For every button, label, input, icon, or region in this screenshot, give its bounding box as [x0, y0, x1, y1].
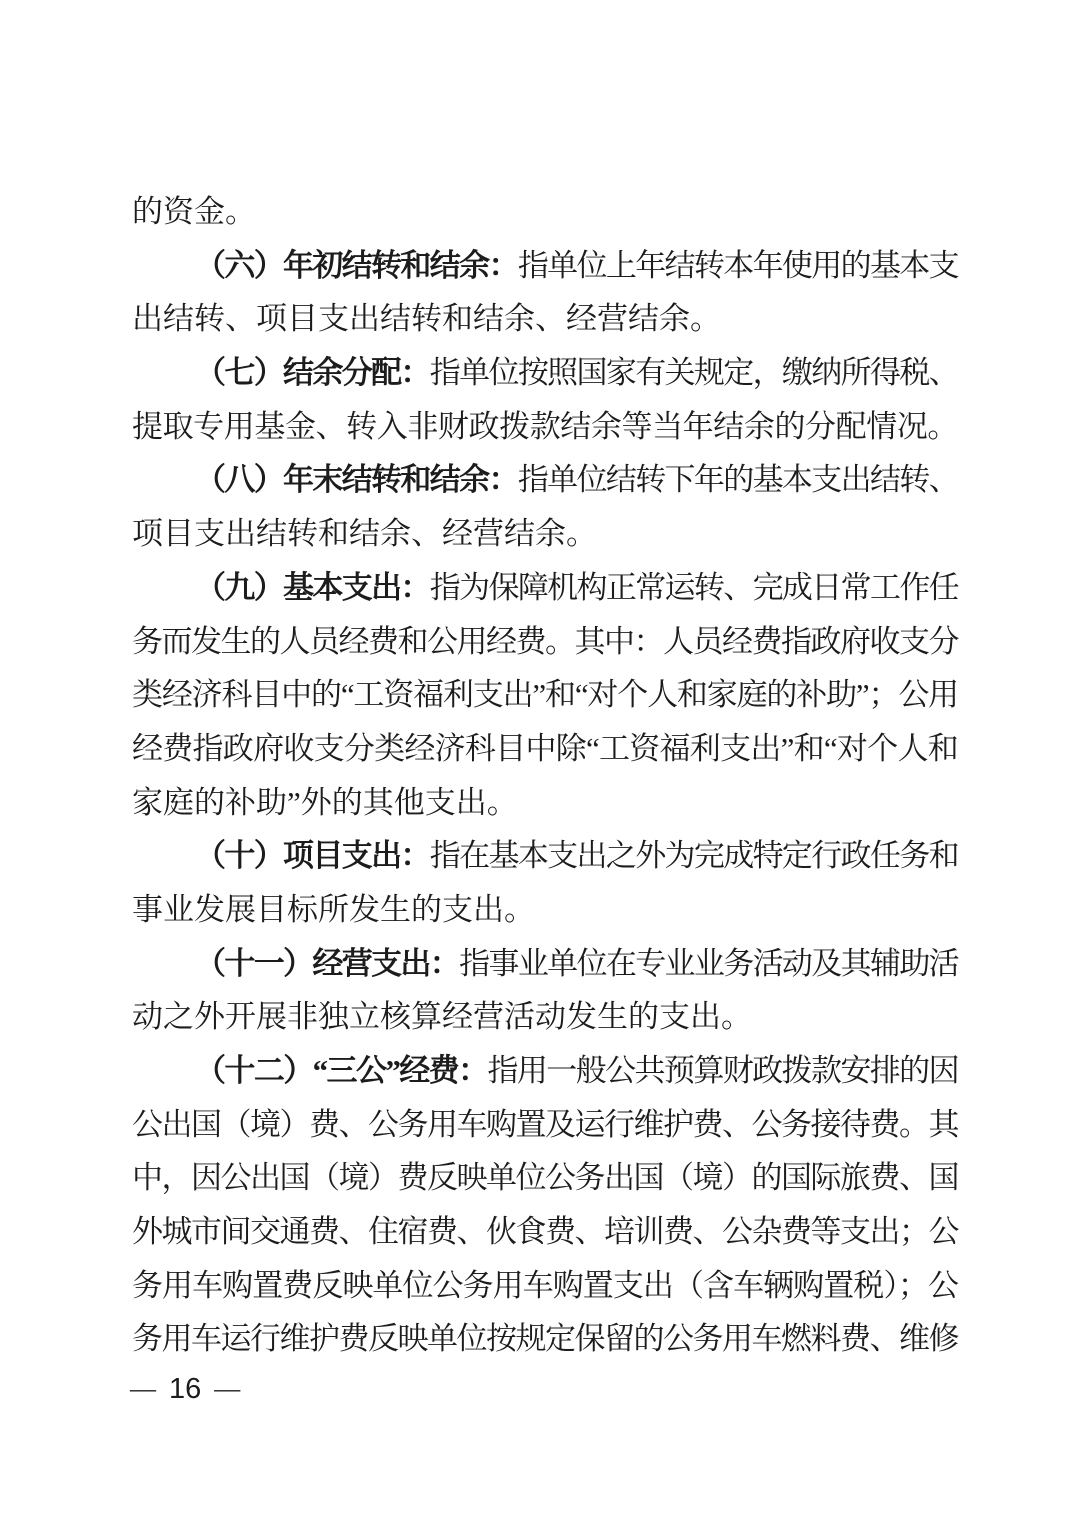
body-text-segment: 指单位按照国家有关规定，缴纳所得税、: [430, 355, 958, 390]
text-line: 务用车购置费反映单位公务用车购置支出（含车辆购置税）；公: [132, 1259, 958, 1313]
text-line: （八）年末结转和结余：指单位结转下年的基本支出结转、: [132, 453, 958, 507]
item-heading-segment: （九）基本支出：: [195, 570, 430, 605]
body-text-segment: 外城市间交通费、住宿费、伙食费、培训费、公杂费等支出；公: [132, 1214, 958, 1249]
body-text-segment: 出结转、项目支出结转和结余、经营结余。: [132, 301, 721, 336]
body-text-segment: 动之外开展非独立核算经营活动发生的支出。: [132, 999, 752, 1034]
text-line-content: （八）年末结转和结余：指单位结转下年的基本支出结转、: [195, 462, 958, 497]
body-text-segment: 的资金。: [132, 194, 256, 229]
body-text-segment: 事业发展目标所发生的支出。: [132, 892, 535, 927]
text-line: 务而发生的人员经费和公用经费。其中：人员经费指政府收支分: [132, 615, 958, 669]
body-text-segment: 类经济科目中的“工资福利支出”和“对个人和家庭的补助”；公用: [132, 677, 958, 712]
text-line: 事业发展目标所发生的支出。: [132, 883, 958, 937]
text-line-content: （七）结余分配：指单位按照国家有关规定，缴纳所得税、: [195, 355, 958, 390]
text-line-content: 经费指政府收支分类经济科目中除“工资福利支出”和“对个人和: [132, 731, 958, 766]
body-text-segment: 指事业单位在专业业务活动及其辅助活: [459, 946, 958, 981]
text-line-content: 家庭的补助”外的其他支出。: [132, 785, 518, 820]
body-text-segment: 中，因公出国（境）费反映单位公务出国（境）的国际旅费、国: [132, 1160, 958, 1195]
item-heading-segment: （十）项目支出：: [195, 838, 430, 873]
body-text-segment: 务而发生的人员经费和公用经费。其中：人员经费指政府收支分: [132, 624, 958, 659]
text-line-content: 出结转、项目支出结转和结余、经营结余。: [132, 301, 721, 336]
text-line: 中，因公出国（境）费反映单位公务出国（境）的国际旅费、国: [132, 1151, 958, 1205]
text-line-content: 务用车运行维护费反映单位按规定保留的公务用车燃料费、维修: [132, 1321, 958, 1356]
body-text-segment: 指用一般公共预算财政拨款安排的因: [487, 1053, 958, 1088]
body-text-segment: 务用车购置费反映单位公务用车购置支出（含车辆购置税）；公: [132, 1268, 958, 1303]
text-line: 类经济科目中的“工资福利支出”和“对个人和家庭的补助”；公用: [132, 668, 958, 722]
body-text-segment: 经费指政府收支分类经济科目中除“工资福利支出”和“对个人和: [132, 731, 958, 766]
item-heading-segment: （六）年初结转和结余：: [195, 248, 518, 283]
body-text-segment: 指为保障机构正常运转、完成日常工作任: [430, 570, 958, 605]
body-text-segment: 公出国（境）费、公务用车购置及运行维护费、公务接待费。其: [132, 1107, 958, 1142]
text-line: 项目支出结转和结余、经营结余。: [132, 507, 958, 561]
text-line: 家庭的补助”外的其他支出。: [132, 776, 958, 830]
text-line: 外城市间交通费、住宿费、伙食费、培训费、公杂费等支出；公: [132, 1205, 958, 1259]
text-line-content: 提取专用基金、转入非财政拨款结余等当年结余的分配情况。: [132, 409, 958, 444]
text-line-content: 事业发展目标所发生的支出。: [132, 892, 535, 927]
body-text-segment: 提取专用基金、转入非财政拨款结余等当年结余的分配情况。: [132, 409, 958, 444]
text-line-content: 项目支出结转和结余、经营结余。: [132, 516, 597, 551]
text-line-content: 务而发生的人员经费和公用经费。其中：人员经费指政府收支分: [132, 624, 958, 659]
text-line: 动之外开展非独立核算经营活动发生的支出。: [132, 990, 958, 1044]
footer-dash-right: —: [214, 1374, 240, 1404]
body-text-segment: 家庭的补助”外的其他支出。: [132, 785, 518, 820]
page-number: 16: [169, 1375, 201, 1404]
body-text-segment: 指单位结转下年的基本支出结转、: [518, 462, 958, 497]
text-line-content: 外城市间交通费、住宿费、伙食费、培训费、公杂费等支出；公: [132, 1214, 958, 1249]
text-line-content: 的资金。: [132, 194, 256, 229]
text-line: 经费指政府收支分类经济科目中除“工资福利支出”和“对个人和: [132, 722, 958, 776]
text-line: （十）项目支出：指在基本支出之外为完成特定行政任务和: [132, 829, 958, 883]
body-text-segment: 指在基本支出之外为完成特定行政任务和: [430, 838, 958, 873]
item-heading-segment: （十二）“三公”经费：: [195, 1053, 487, 1088]
text-line-content: （十一）经营支出：指事业单位在专业业务活动及其辅助活: [195, 946, 958, 981]
body-text-segment: 指单位上年结转本年使用的基本支: [518, 248, 958, 283]
item-heading-segment: （八）年末结转和结余：: [195, 462, 518, 497]
text-line: （六）年初结转和结余：指单位上年结转本年使用的基本支: [132, 239, 958, 293]
text-line: （十一）经营支出：指事业单位在专业业务活动及其辅助活: [132, 937, 958, 991]
text-line: 公出国（境）费、公务用车购置及运行维护费、公务接待费。其: [132, 1098, 958, 1152]
text-line: （七）结余分配：指单位按照国家有关规定，缴纳所得税、: [132, 346, 958, 400]
text-line: 务用车运行维护费反映单位按规定保留的公务用车燃料费、维修: [132, 1312, 958, 1366]
text-line-content: 动之外开展非独立核算经营活动发生的支出。: [132, 999, 752, 1034]
text-line-content: 中，因公出国（境）费反映单位公务出国（境）的国际旅费、国: [132, 1160, 958, 1195]
item-heading-segment: （十一）经营支出：: [195, 946, 459, 981]
document-body: 的资金。（六）年初结转和结余：指单位上年结转本年使用的基本支出结转、项目支出结转…: [132, 185, 958, 1366]
text-line-content: （六）年初结转和结余：指单位上年结转本年使用的基本支: [195, 248, 958, 283]
text-line-content: 类经济科目中的“工资福利支出”和“对个人和家庭的补助”；公用: [132, 677, 958, 712]
text-line: 出结转、项目支出结转和结余、经营结余。: [132, 292, 958, 346]
text-line-content: （九）基本支出：指为保障机构正常运转、完成日常工作任: [195, 570, 958, 605]
footer-dash-left: —: [130, 1374, 156, 1404]
text-line-content: （十二）“三公”经费：指用一般公共预算财政拨款安排的因: [195, 1053, 958, 1088]
text-line: （九）基本支出：指为保障机构正常运转、完成日常工作任: [132, 561, 958, 615]
text-line-content: 务用车购置费反映单位公务用车购置支出（含车辆购置税）；公: [132, 1268, 958, 1303]
text-line-content: （十）项目支出：指在基本支出之外为完成特定行政任务和: [195, 838, 958, 873]
document-page: 的资金。（六）年初结转和结余：指单位上年结转本年使用的基本支出结转、项目支出结转…: [0, 0, 1075, 1520]
page-footer: — 16 —: [130, 1372, 240, 1406]
text-line: 提取专用基金、转入非财政拨款结余等当年结余的分配情况。: [132, 400, 958, 454]
body-text-segment: 务用车运行维护费反映单位按规定保留的公务用车燃料费、维修: [132, 1321, 958, 1356]
body-text-segment: 项目支出结转和结余、经营结余。: [132, 516, 597, 551]
text-line: （十二）“三公”经费：指用一般公共预算财政拨款安排的因: [132, 1044, 958, 1098]
text-line-content: 公出国（境）费、公务用车购置及运行维护费、公务接待费。其: [132, 1107, 958, 1142]
item-heading-segment: （七）结余分配：: [195, 355, 430, 390]
text-line: 的资金。: [132, 185, 958, 239]
